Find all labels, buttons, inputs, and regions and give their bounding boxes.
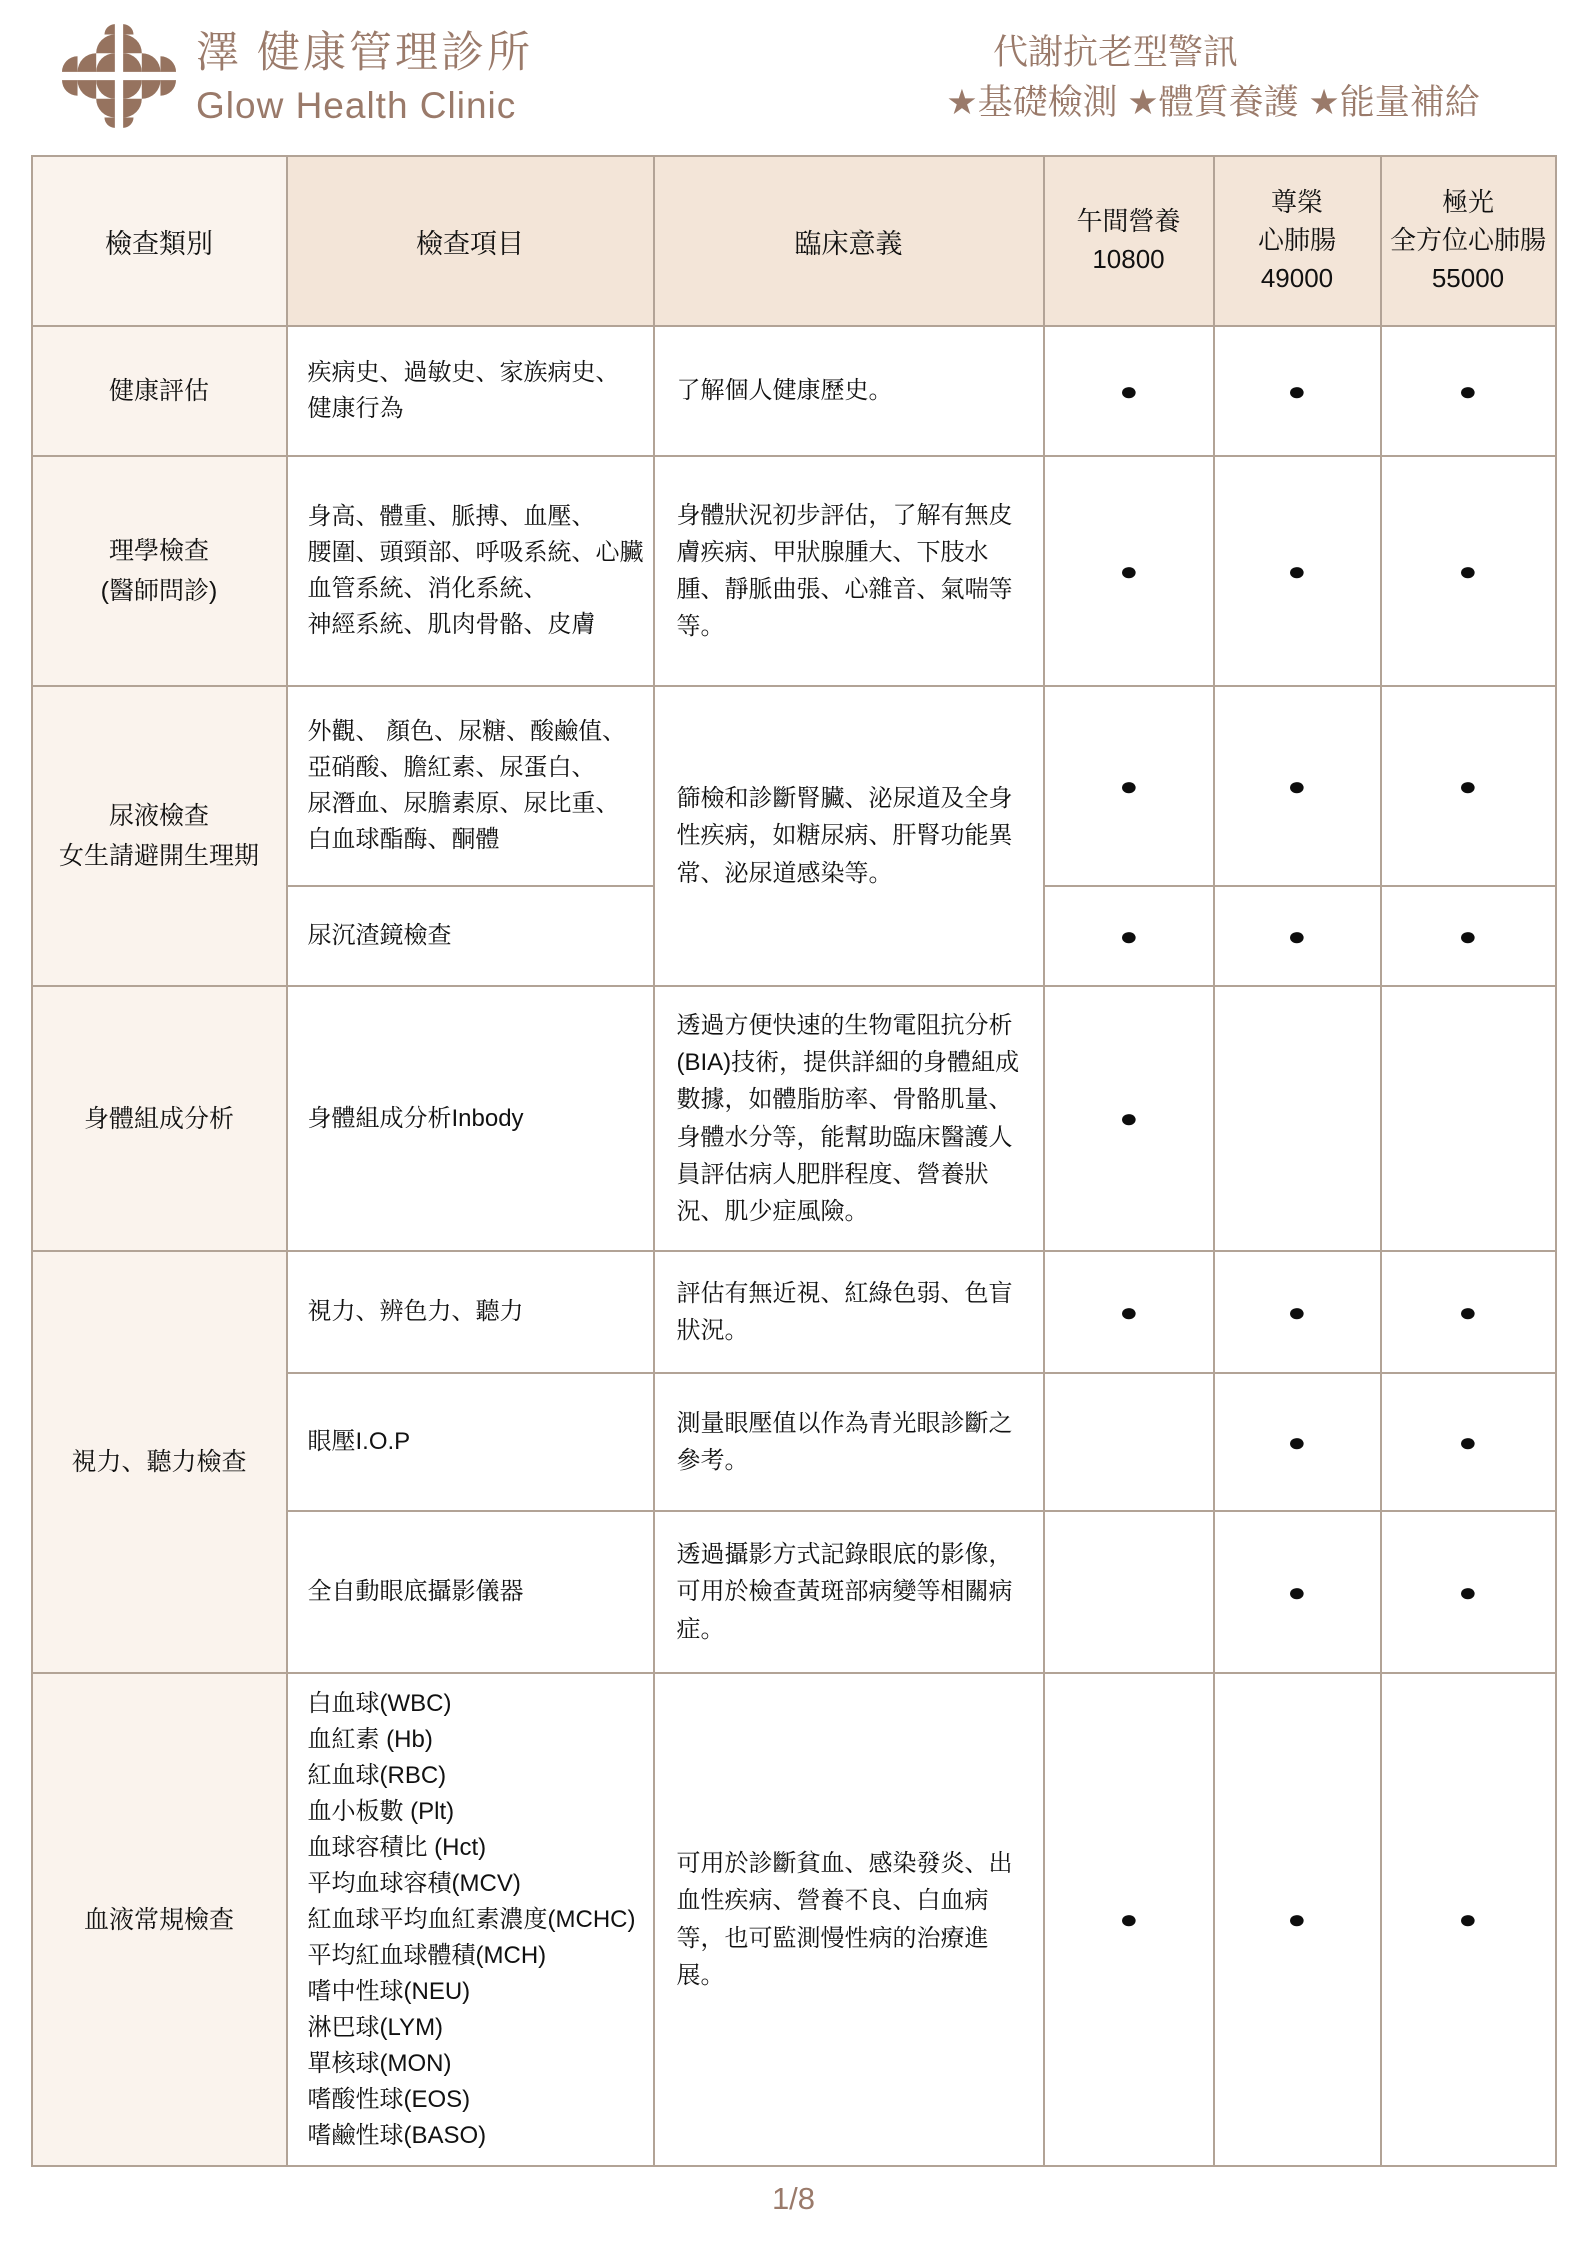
plan-header-prestige: 尊榮 心肺腸 49000 [1214,156,1381,326]
item-cell: 全自動眼底攝影儀器 [287,1511,654,1673]
program-title: 代謝抗老型警訊 [867,32,1559,74]
included-dot: ● [1287,558,1306,584]
included-dot: ● [1287,1299,1306,1325]
included-dot: ● [1119,773,1138,799]
meaning-cell: 透過攝影方式記錄眼底的影像，可用於檢查黃斑部病變等相關病症。 [654,1511,1044,1673]
plan-dot-cell: ● [1044,456,1214,686]
included-dot: ● [1119,1299,1138,1325]
table-header-row: 檢查類別 檢查項目 臨床意義 午間營養 10800 尊榮 心肺腸 49000 極… [32,156,1556,326]
plan-dot-cell: ● [1044,1251,1214,1373]
category-cell: 尿液檢查 女生請避開生理期 [32,686,287,986]
category-cell: 視力、聽力檢查 [32,1251,287,1673]
plan-dot-cell: ● [1044,686,1214,886]
item-cell: 尿沉渣鏡檢查 [287,886,654,986]
table-row: 視力、聽力檢查 視力、辨色力、聽力 評估有無近視、紅綠色弱、色盲狀況。 ● ● … [32,1251,1556,1373]
plan-dot-cell: ● [1381,686,1556,886]
plan-header-noon-nutrition: 午間營養 10800 [1044,156,1214,326]
item-cell: 白血球(WBC) 血紅素 (Hb) 紅血球(RBC) 血小板數 (Plt) 血球… [287,1673,654,2166]
category-cell: 健康評估 [32,326,287,456]
included-dot: ● [1119,1906,1138,1932]
included-dot: ● [1119,378,1138,404]
plan-dot-cell: ● [1381,886,1556,986]
included-dot: ● [1287,773,1306,799]
item-cell: 眼壓I.O.P [287,1373,654,1511]
clinic-name-zh: 澤 健康管理診所 [196,30,533,77]
plan-dot-cell: ● [1044,986,1214,1251]
item-cell: 視力、辨色力、聽力 [287,1251,654,1373]
page-number: 1/8 [0,2181,1587,2217]
clinic-brand: 澤 健康管理診所 Glow Health Clinic [196,30,533,127]
plan-dot-cell: ● [1381,1673,1556,2166]
table-row: 尿液檢查 女生請避開生理期 外觀、 顏色、尿糖、酸鹼值、 亞硝酸、膽紅素、尿蛋白… [32,686,1556,886]
category-cell: 身體組成分析 [32,986,287,1251]
meaning-cell: 測量眼壓值以作為青光眼診斷之參考。 [654,1373,1044,1511]
plan-dot-cell: ● [1381,1373,1556,1511]
included-dot: ● [1287,923,1306,949]
meaning-cell: 身體狀況初步評估，了解有無皮膚疾病、甲狀腺腫大、下肢水腫、靜脈曲張、心雜音、氣喘… [654,456,1044,686]
meaning-cell: 了解個人健康歷史。 [654,326,1044,456]
included-dot: ● [1119,1105,1138,1131]
col-header-category: 檢查類別 [32,156,287,326]
program-header: 代謝抗老型警訊 ★基礎檢測 ★體質養護 ★能量補給 [867,32,1559,124]
program-tags: ★基礎檢測 ★體質養護 ★能量補給 [867,82,1559,124]
included-dot: ● [1287,1579,1306,1605]
plan-dot-cell: ● [1214,1511,1381,1673]
plan-dot-cell: ● [1044,1673,1214,2166]
plan-dot-cell: ● [1044,326,1214,456]
table-row: 血液常規檢查 白血球(WBC) 血紅素 (Hb) 紅血球(RBC) 血小板數 (… [32,1673,1556,2166]
plan-dot-cell: ● [1214,1673,1381,2166]
clinic-logo-icon [62,24,176,128]
included-dot: ● [1119,558,1138,584]
col-header-meaning: 臨床意義 [654,156,1044,326]
plan-dot-cell: ● [1214,1251,1381,1373]
plan-dot-cell: ● [1214,686,1381,886]
plan-dot-cell: ● [1381,1251,1556,1373]
plan-dot-cell: ● [1214,1373,1381,1511]
plan-dot-cell: ● [1214,326,1381,456]
plan-dot-cell: ● [1381,326,1556,456]
checkup-table: 檢查類別 檢查項目 臨床意義 午間營養 10800 尊榮 心肺腸 49000 極… [31,155,1557,2167]
plan-dot-cell [1044,1511,1214,1673]
included-dot: ● [1458,1906,1477,1932]
item-cell: 外觀、 顏色、尿糖、酸鹼值、 亞硝酸、膽紅素、尿蛋白、 尿潛血、尿膽素原、尿比重… [287,686,654,886]
clinic-name-en: Glow Health Clinic [196,85,533,127]
page-header: 澤 健康管理診所 Glow Health Clinic 代謝抗老型警訊 ★基礎檢… [0,0,1587,150]
item-cell: 身高、體重、脈搏、血壓、 腰圍、頭頸部、呼吸系統、心臟 血管系統、消化系統、 神… [287,456,654,686]
plan-dot-cell [1044,1373,1214,1511]
plan-dot-cell: ● [1214,886,1381,986]
meaning-cell: 評估有無近視、紅綠色弱、色盲狀況。 [654,1251,1044,1373]
included-dot: ● [1287,1429,1306,1455]
meaning-cell: 透過方便快速的生物電阻抗分析(BIA)技術，提供詳細的身體組成數據，如體脂肪率、… [654,986,1044,1251]
included-dot: ● [1287,378,1306,404]
table-row: 理學檢查 (醫師問診) 身高、體重、脈搏、血壓、 腰圍、頭頸部、呼吸系統、心臟 … [32,456,1556,686]
plan-header-aurora: 極光 全方位心肺腸 55000 [1381,156,1556,326]
included-dot: ● [1458,1299,1477,1325]
included-dot: ● [1119,923,1138,949]
meaning-cell: 可用於診斷貧血、感染發炎、出血性疾病、營養不良、白血病等，也可監測慢性病的治療進… [654,1673,1044,2166]
category-cell: 血液常規檢查 [32,1673,287,2166]
plan-dot-cell: ● [1381,1511,1556,1673]
page-container: 澤 健康管理診所 Glow Health Clinic 代謝抗老型警訊 ★基礎檢… [0,0,1587,2245]
plan-dot-cell [1214,986,1381,1251]
included-dot: ● [1458,558,1477,584]
plan-dot-cell [1381,986,1556,1251]
category-cell: 理學檢查 (醫師問診) [32,456,287,686]
col-header-item: 檢查項目 [287,156,654,326]
included-dot: ● [1458,1579,1477,1605]
meaning-cell: 篩檢和診斷腎臟、泌尿道及全身性疾病，如糖尿病、肝腎功能異常、泌尿道感染等。 [654,686,1044,986]
item-cell: 疾病史、過敏史、家族病史、 健康行為 [287,326,654,456]
plan-dot-cell: ● [1044,886,1214,986]
plan-dot-cell: ● [1381,456,1556,686]
table-row: 健康評估 疾病史、過敏史、家族病史、 健康行為 了解個人健康歷史。 ● ● ● [32,326,1556,456]
plan-dot-cell: ● [1214,456,1381,686]
item-cell: 身體組成分析Inbody [287,986,654,1251]
included-dot: ● [1458,378,1477,404]
table-row: 身體組成分析 身體組成分析Inbody 透過方便快速的生物電阻抗分析(BIA)技… [32,986,1556,1251]
included-dot: ● [1458,1429,1477,1455]
included-dot: ● [1458,773,1477,799]
included-dot: ● [1458,923,1477,949]
included-dot: ● [1287,1906,1306,1932]
